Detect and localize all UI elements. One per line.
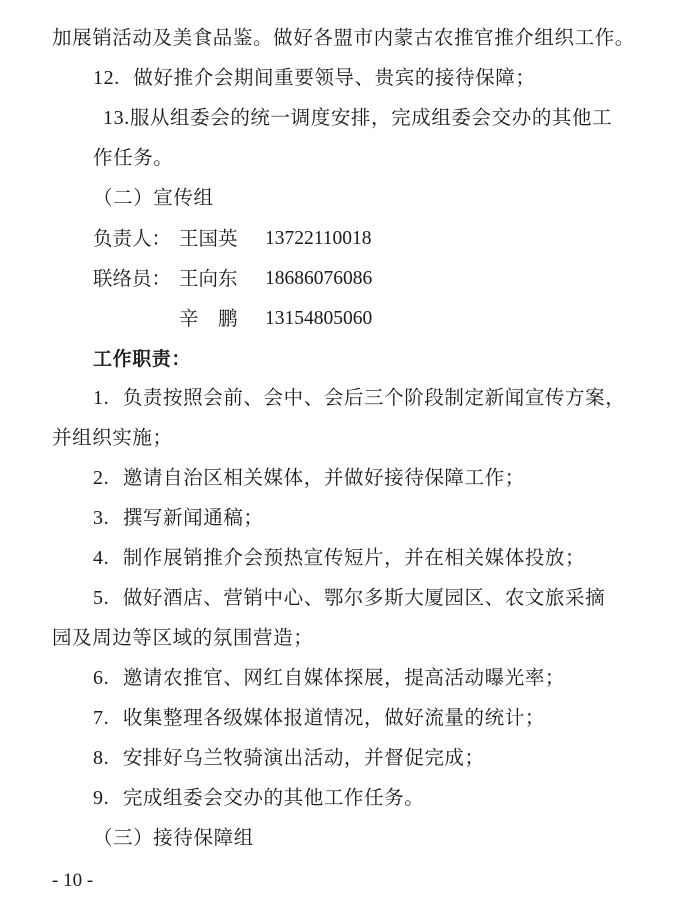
list-text: 邀请农推官、网红自媒体探展，提高活动曝光率； (123, 666, 565, 689)
list-number: 8. (93, 747, 109, 769)
duty-item-cont: 并组织实施； (52, 426, 173, 450)
list-item-12: 12. 做好推介会期间重要领导、贵宾的接待保障； (93, 66, 535, 90)
leader-label: 负责人： (93, 227, 171, 251)
liaison-name: 辛 鹏 (179, 307, 238, 331)
duty-item: 9. 完成组委会交办的其他工作任务。 (93, 786, 424, 810)
duty-item: 2. 邀请自治区相关媒体，并做好接待保障工作； (93, 466, 525, 490)
list-text: 做好推介会期间重要领导、贵宾的接待保障； (133, 66, 535, 89)
liaison-label: 联络员： (93, 267, 171, 291)
liaison-phone: 13154805060 (265, 307, 372, 331)
duty-item: 3. 撰写新闻通稿； (93, 506, 264, 530)
list-number: 9. (93, 787, 109, 809)
list-text: 安排好乌兰牧骑演出活动，并督促完成； (123, 746, 485, 769)
list-text: 制作展销推介会预热宣传短片，并在相关媒体投放； (123, 546, 585, 569)
section-heading-reception: （三）接待保障组 (93, 826, 254, 850)
list-text: 撰写新闻通稿； (123, 506, 264, 529)
list-text: 邀请自治区相关媒体，并做好接待保障工作； (123, 466, 525, 489)
list-number: 6. (93, 667, 109, 689)
list-text: 服从组委会的统一调度安排，完成组委会交办的其他工 (130, 106, 612, 129)
list-text: 收集整理各级媒体报道情况，做好流量的统计； (123, 706, 545, 729)
liaison-name: 王向东 (179, 267, 238, 291)
list-number: 5. (93, 587, 109, 609)
duty-item: 4. 制作展销推介会预热宣传短片，并在相关媒体投放； (93, 546, 585, 570)
liaison-phone: 18686076086 (265, 267, 372, 291)
section-heading-publicity: （二）宣传组 (93, 186, 214, 210)
list-number: 1. (93, 387, 109, 409)
list-number: 2. (93, 467, 109, 489)
leader-name: 王国英 (179, 227, 238, 251)
page-number: - 10 - (52, 870, 93, 892)
list-text: 做好酒店、营销中心、鄂尔多斯大厦园区、农文旅采摘 (123, 586, 605, 609)
list-number: 13. (103, 107, 130, 129)
duty-item: 1. 负责按照会前、会中、会后三个阶段制定新闻宣传方案， (93, 386, 625, 410)
list-item-13: 13.服从组委会的统一调度安排，完成组委会交办的其他工 (103, 106, 612, 130)
duty-item: 6. 邀请农推官、网红自媒体探展，提高活动曝光率； (93, 666, 565, 690)
duty-item: 5. 做好酒店、营销中心、鄂尔多斯大厦园区、农文旅采摘 (93, 586, 605, 610)
list-number: 12. (93, 67, 120, 89)
list-item-13-cont: 作任务。 (93, 146, 173, 170)
leader-phone: 13722110018 (265, 227, 372, 251)
list-text: 完成组委会交办的其他工作任务。 (123, 786, 425, 809)
paragraph-line: 加展销活动及美食品鉴。做好各盟市内蒙古农推官推介组织工作。 (52, 26, 635, 50)
list-number: 7. (93, 707, 109, 729)
duty-item: 7. 收集整理各级媒体报道情况，做好流量的统计； (93, 706, 545, 730)
list-text: 负责按照会前、会中、会后三个阶段制定新闻宣传方案， (123, 386, 626, 409)
duty-item: 8. 安排好乌兰牧骑演出活动，并督促完成； (93, 746, 485, 770)
list-number: 3. (93, 507, 109, 529)
duty-item-cont: 园及周边等区域的氛围营造； (52, 626, 313, 650)
duties-heading: 工作职责： (93, 347, 191, 371)
list-number: 4. (93, 547, 109, 569)
